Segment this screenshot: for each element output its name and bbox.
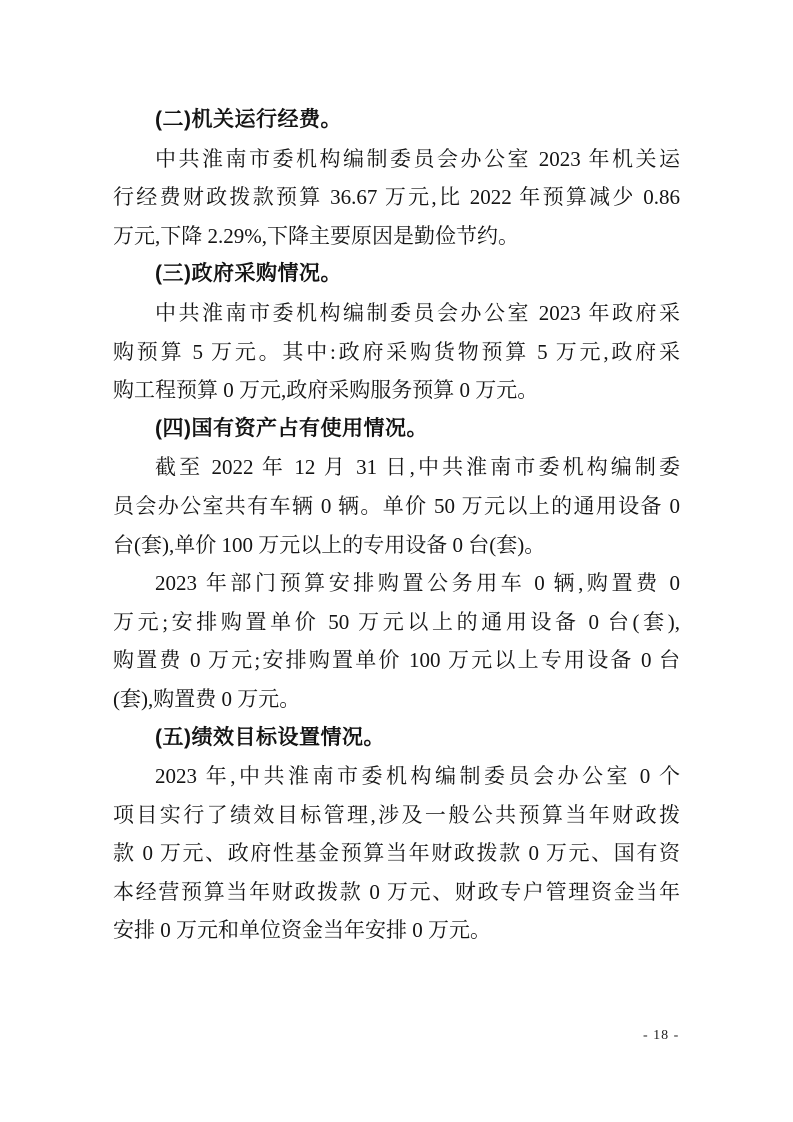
text-line: 购预算 5 万元。其中:政府采购货物预算 5 万元,政府采 bbox=[113, 333, 680, 372]
text-line: 台(套),单价 100 万元以上的专用设备 0 台(套)。 bbox=[113, 526, 680, 565]
text-line: 项目实行了绩效目标管理,涉及一般公共预算当年财政拨 bbox=[113, 796, 680, 835]
section-heading: (二)机关运行经费。 bbox=[113, 101, 680, 140]
section-heading: (三)政府采购情况。 bbox=[113, 255, 680, 294]
text-line: 2023 年部门预算安排购置公务用车 0 辆,购置费 0 bbox=[113, 564, 680, 603]
text-line: 2023 年,中共淮南市委机构编制委员会办公室 0 个 bbox=[113, 757, 680, 796]
text-line: (套),购置费 0 万元。 bbox=[113, 680, 680, 719]
text-line: 购置费 0 万元;安排购置单价 100 万元以上专用设备 0 台 bbox=[113, 641, 680, 680]
text-line: 万元,下降 2.29%,下降主要原因是勤俭节约。 bbox=[113, 217, 680, 256]
text-line: 截至 2022 年 12 月 31 日,中共淮南市委机构编制委 bbox=[113, 448, 680, 487]
paragraph: 截至 2022 年 12 月 31 日,中共淮南市委机构编制委员会办公室共有车辆… bbox=[113, 448, 680, 564]
section-heading: (五)绩效目标设置情况。 bbox=[113, 719, 680, 758]
paragraph: 2023 年,中共淮南市委机构编制委员会办公室 0 个项目实行了绩效目标管理,涉… bbox=[113, 757, 680, 950]
text-line: 中共淮南市委机构编制委员会办公室 2023 年政府采 bbox=[113, 294, 680, 333]
document-body: (二)机关运行经费。中共淮南市委机构编制委员会办公室 2023 年机关运行经费财… bbox=[113, 101, 680, 950]
document-page: (二)机关运行经费。中共淮南市委机构编制委员会办公室 2023 年机关运行经费财… bbox=[0, 0, 793, 1122]
paragraph: 2023 年部门预算安排购置公务用车 0 辆,购置费 0万元;安排购置单价 50… bbox=[113, 564, 680, 718]
text-line: 购工程预算 0 万元,政府采购服务预算 0 万元。 bbox=[113, 371, 680, 410]
text-line: 安排 0 万元和单位资金当年安排 0 万元。 bbox=[113, 911, 680, 950]
text-line: 中共淮南市委机构编制委员会办公室 2023 年机关运 bbox=[113, 140, 680, 179]
text-line: 本经营预算当年财政拨款 0 万元、财政专户管理资金当年 bbox=[113, 873, 680, 912]
section-heading: (四)国有资产占有使用情况。 bbox=[113, 410, 680, 449]
text-line: 万元;安排购置单价 50 万元以上的通用设备 0 台(套), bbox=[113, 603, 680, 642]
text-line: 行经费财政拨款预算 36.67 万元,比 2022 年预算减少 0.86 bbox=[113, 178, 680, 217]
paragraph: 中共淮南市委机构编制委员会办公室 2023 年机关运行经费财政拨款预算 36.6… bbox=[113, 140, 680, 256]
page-number: - 18 - bbox=[643, 1028, 679, 1044]
text-line: 员会办公室共有车辆 0 辆。单价 50 万元以上的通用设备 0 bbox=[113, 487, 680, 526]
paragraph: 中共淮南市委机构编制委员会办公室 2023 年政府采购预算 5 万元。其中:政府… bbox=[113, 294, 680, 410]
text-line: 款 0 万元、政府性基金预算当年财政拨款 0 万元、国有资 bbox=[113, 834, 680, 873]
